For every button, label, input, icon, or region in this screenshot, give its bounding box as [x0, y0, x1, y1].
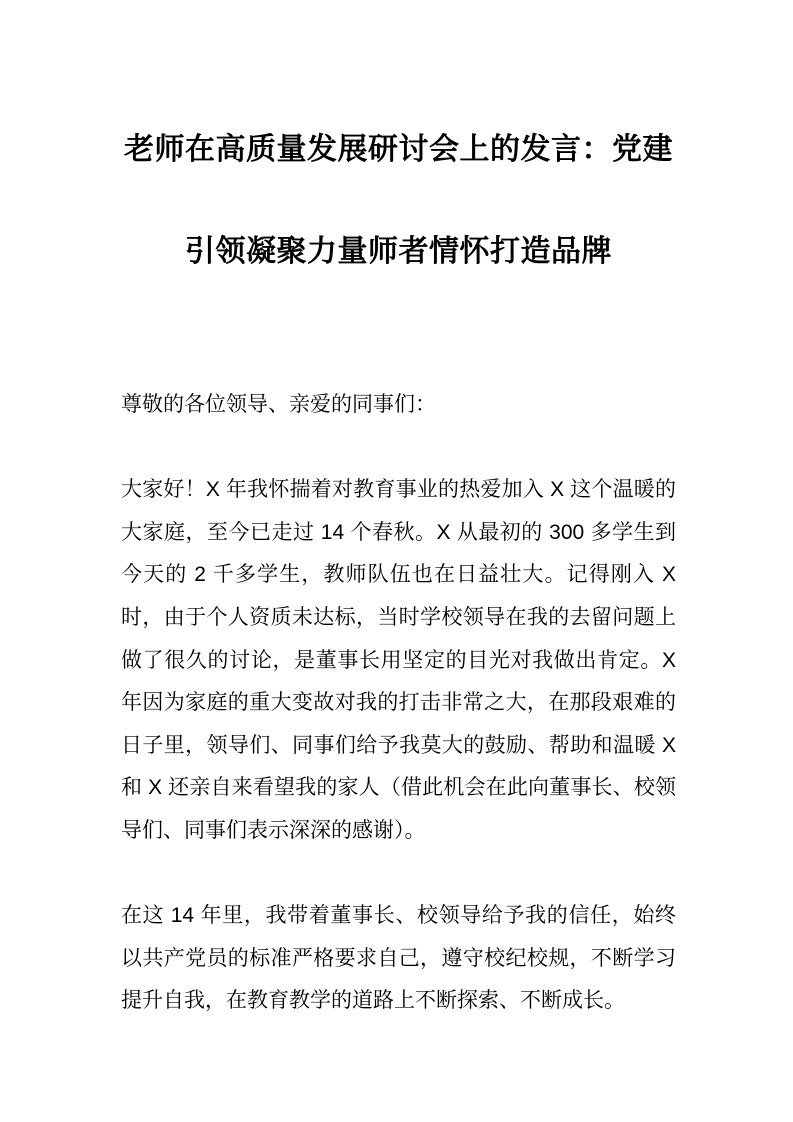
- document-title: 老师在高质量发展研讨会上的发言：党建 引领凝聚力量师者情怀打造品牌: [121, 99, 676, 303]
- document-body: 尊敬的各位领导、亲爱的同事们： 大家好！X 年我怀揣着对教育事业的热爱加入 X …: [121, 384, 676, 1023]
- greeting-paragraph: 尊敬的各位领导、亲爱的同事们：: [121, 384, 676, 427]
- document-page: 老师在高质量发展研讨会上的发言：党建 引领凝聚力量师者情怀打造品牌 尊敬的各位领…: [0, 0, 793, 1122]
- body-paragraph-1: 大家好！X 年我怀揣着对教育事业的热爱加入 X 这个温暖的大家庭，至今已走过 1…: [121, 469, 676, 852]
- body-paragraph-2: 在这 14 年里，我带着董事长、校领导给予我的信任，始终以共产党员的标准严格要求…: [121, 895, 676, 1023]
- title-line-1: 老师在高质量发展研讨会上的发言：党建: [121, 99, 676, 201]
- title-line-2: 引领凝聚力量师者情怀打造品牌: [121, 201, 676, 303]
